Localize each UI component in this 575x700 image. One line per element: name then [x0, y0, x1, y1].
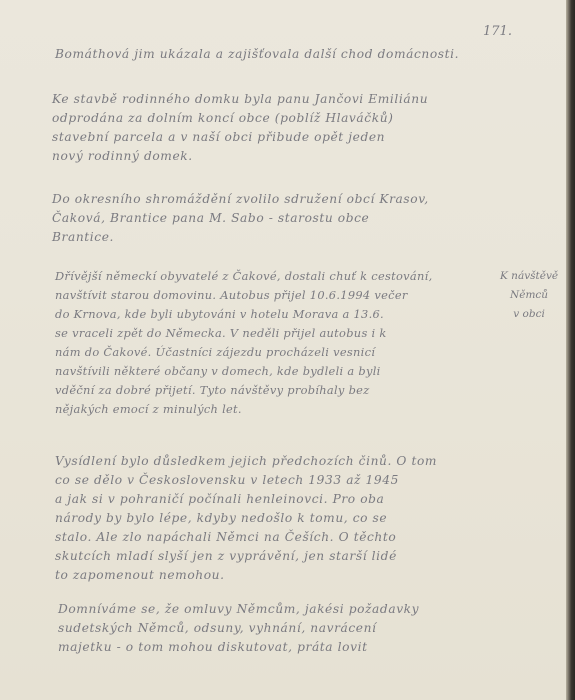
text-line: skutcích mladí slyší jen z vyprávění, je…: [55, 547, 437, 566]
text-line: stalo. Ale zlo napáchali Němci na Češích…: [55, 528, 437, 547]
text-line: Domníváme se, že omluvy Němcům, jakési p…: [58, 600, 419, 619]
paragraph-6: Domníváme se, že omluvy Němcům, jakési p…: [58, 600, 419, 657]
paragraph-4: Dřívější německí obyvatelé z Čakové, dos…: [55, 267, 433, 419]
text-line: vděční za dobré přijetí. Tyto návštěvy p…: [55, 381, 433, 400]
text-line: to zapomenout nemohou.: [55, 566, 437, 585]
text-line: navštívit starou domovinu. Autobus přije…: [55, 286, 433, 305]
text-line: odprodána za dolním koncí obce (poblíž H…: [52, 109, 428, 128]
text-line: sudetských Němců, odsuny, vyhnání, navrá…: [58, 619, 419, 638]
text-line: Dřívější německí obyvatelé z Čakové, dos…: [55, 267, 433, 286]
text-line: nějakých emocí z minulých let.: [55, 400, 433, 419]
margin-note-line: K návštěvě: [500, 267, 558, 286]
margin-note-line: v obci: [500, 305, 558, 324]
text-line: Čaková, Brantice pana M. Sabo - starostu…: [52, 209, 429, 228]
book-binding-edge: [566, 0, 575, 700]
text-line: se vraceli zpět do Německa. V neděli při…: [55, 324, 433, 343]
text-line: Ke stavbě rodinného domku byla panu Janč…: [52, 90, 428, 109]
paragraph-1: Bomáthová jim ukázala a zajišťovala dalš…: [55, 45, 459, 64]
text-line: Do okresního shromáždění zvolilo sdružen…: [52, 190, 429, 209]
text-line: majetku - o tom mohou diskutovat, práta …: [58, 638, 419, 657]
text-line: Brantice.: [52, 228, 429, 247]
text-line: Vysídlení bylo důsledkem jejich předchoz…: [55, 452, 437, 471]
text-line: navštívili některé občany v domech, kde …: [55, 362, 433, 381]
text-line: a jak si v pohraničí počínali henleinovc…: [55, 490, 437, 509]
text-line: nový rodinný domek.: [52, 147, 428, 166]
text-line: národy by bylo lépe, kdyby nedošlo k tom…: [55, 509, 437, 528]
handwritten-page: 171. Bomáthová jim ukázala a zajišťovala…: [0, 0, 566, 700]
paragraph-3: Do okresního shromáždění zvolilo sdružen…: [52, 190, 429, 247]
page-number: 171.: [483, 24, 512, 39]
paragraph-5: Vysídlení bylo důsledkem jejich předchoz…: [55, 452, 437, 585]
text-line: do Krnova, kde byli ubytováni v hotelu M…: [55, 305, 433, 324]
text-line: Bomáthová jim ukázala a zajišťovala dalš…: [55, 45, 459, 64]
margin-note: K návštěvě Němců v obci: [500, 267, 558, 324]
text-line: co se dělo v Československu v letech 193…: [55, 471, 437, 490]
text-line: nám do Čakové. Účastníci zájezdu procház…: [55, 343, 433, 362]
margin-note-line: Němců: [500, 286, 558, 305]
paragraph-2: Ke stavbě rodinného domku byla panu Janč…: [52, 90, 428, 166]
text-line: stavební parcela a v naší obci přibude o…: [52, 128, 428, 147]
